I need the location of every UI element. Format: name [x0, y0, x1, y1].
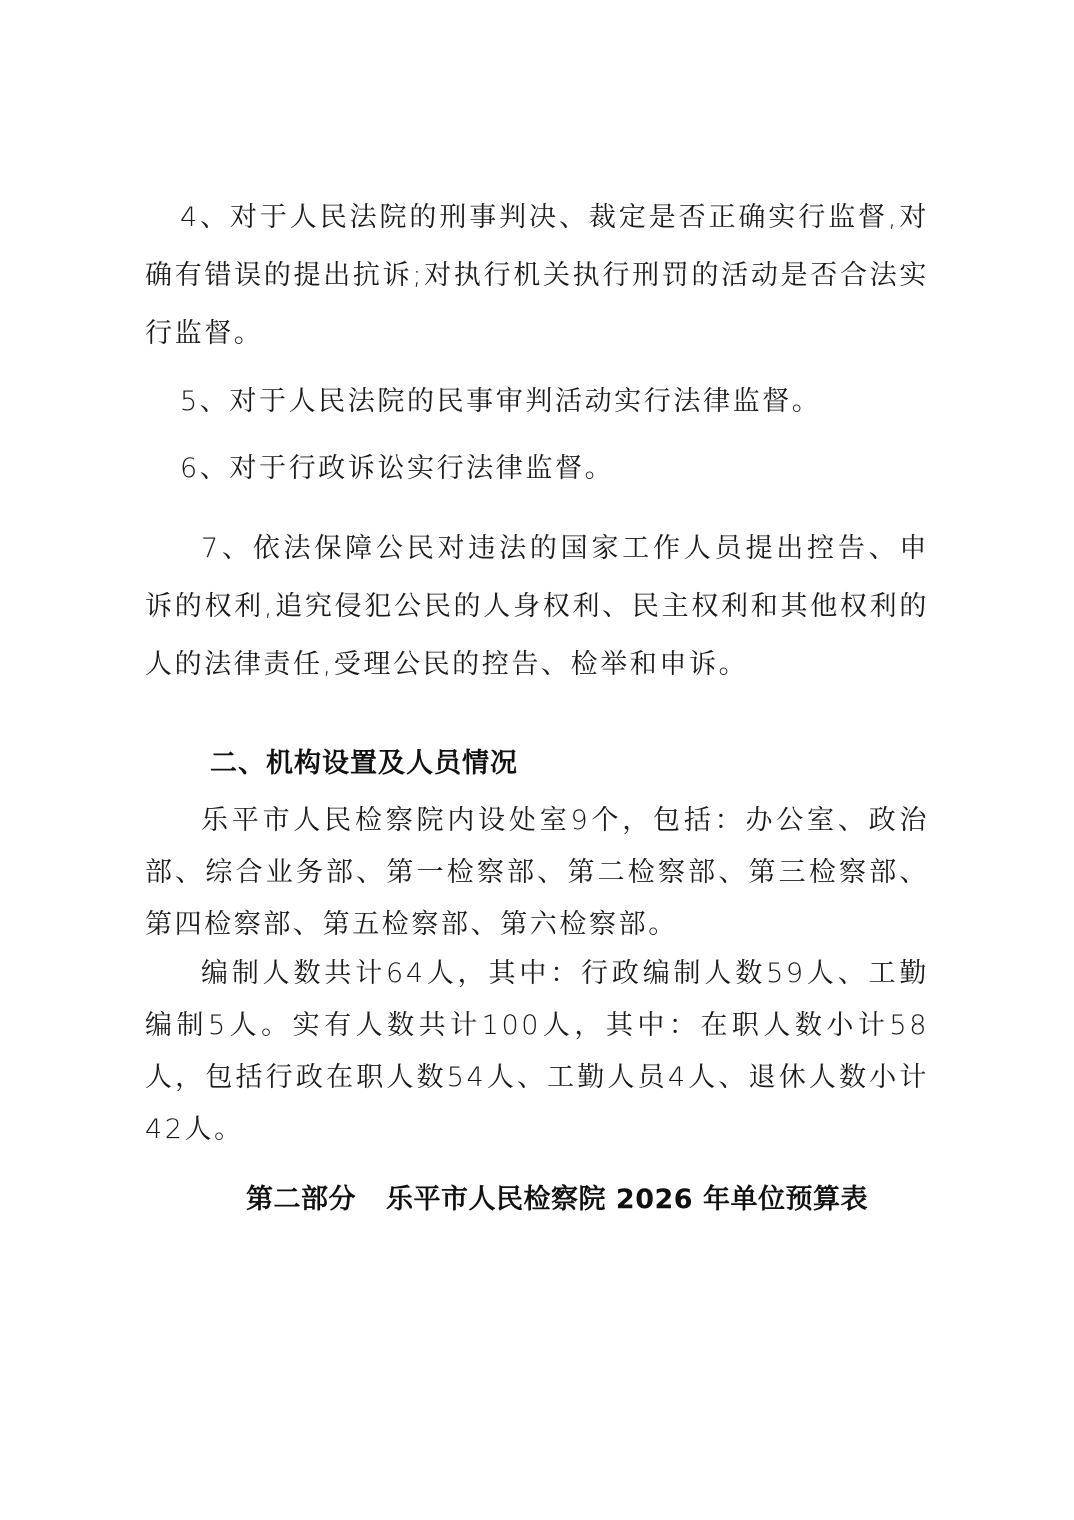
part-two-title: 第二部分乐平市人民检察院 2026 年单位预算表	[0, 1177, 1074, 1216]
duty-item-7: 7、依法保障公民对违法的国家工作人员提出控告、申诉的权利,追究侵犯公民的人身权利…	[145, 520, 929, 694]
duty-item-4: 4、对于人民法院的刑事判决、裁定是否正确实行监督,对确有错误的提出抗诉;对执行机…	[145, 189, 929, 363]
document-page: 4、对于人民法院的刑事判决、裁定是否正确实行监督,对确有错误的提出抗诉;对执行机…	[0, 0, 1074, 1520]
staffing-paragraph: 编制人数共计64人，其中：行政编制人数59人、工勤编制5人。实有人数共计100人…	[145, 948, 929, 1156]
section-heading-organization: 二、机构设置及人员情况	[210, 741, 518, 780]
organization-paragraph: 乐平市人民检察院内设处室9个，包括：办公室、政治部、综合业务部、第一检察部、第二…	[145, 795, 929, 951]
part-two-label: 第二部分	[246, 1184, 356, 1215]
duty-item-6: 6、对于行政诉讼实行法律监督。	[145, 440, 929, 498]
duty-item-5: 5、对于人民法院的民事审判活动实行法律监督。	[145, 373, 929, 431]
part-two-heading: 乐平市人民检察院 2026 年单位预算表	[386, 1184, 868, 1215]
